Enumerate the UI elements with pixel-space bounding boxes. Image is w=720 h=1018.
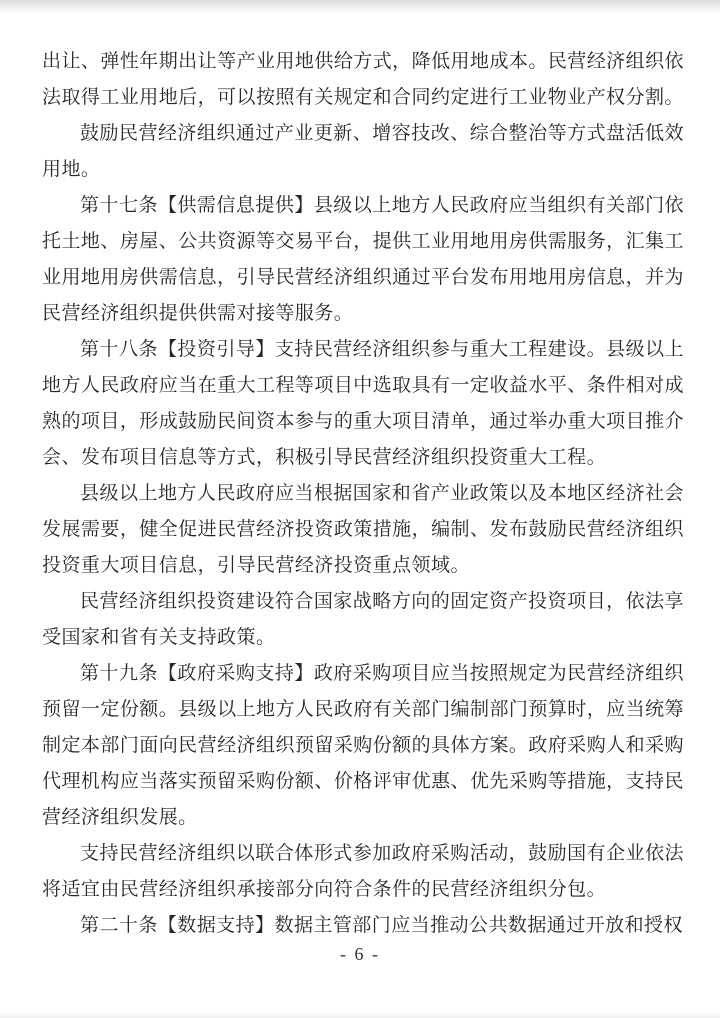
paragraph: 县级以上地方人民政府应当根据国家和省产业政策以及本地区经济社会发展需要，健全促进… <box>42 476 684 584</box>
paragraph: 出让、弹性年期出让等产业用地供给方式，降低用地成本。民营经济组织依法取得工业用地… <box>42 44 684 116</box>
paragraph: 支持民营经济组织以联合体形式参加政府采购活动，鼓励国有企业依法将适宜由民营经济组… <box>42 836 684 908</box>
paragraph: 第十七条【供需信息提供】县级以上地方人民政府应当组织有关部门依托土地、房屋、公共… <box>42 188 684 332</box>
page-footer: - 6 - <box>0 942 720 966</box>
paragraph: 第十九条【政府采购支持】政府采购项目应当按照规定为民营经济组织预留一定份额。县级… <box>42 656 684 836</box>
document-body: 出让、弹性年期出让等产业用地供给方式，降低用地成本。民营经济组织依法取得工业用地… <box>42 44 684 944</box>
document-page: 出让、弹性年期出让等产业用地供给方式，降低用地成本。民营经济组织依法取得工业用地… <box>0 0 720 1018</box>
paragraph: 第十八条【投资引导】支持民营经济组织参与重大工程建设。县级以上地方人民政府应当在… <box>42 332 684 476</box>
paragraph: 第二十条【数据支持】数据主管部门应当推动公共数据通过开放和授权 <box>42 908 684 944</box>
page-number: - 6 - <box>340 944 380 964</box>
paragraph: 民营经济组织投资建设符合国家战略方向的固定资产投资项目，依法享受国家和省有关支持… <box>42 584 684 656</box>
paragraph: 鼓励民营经济组织通过产业更新、增容技改、综合整治等方式盘活低效用地。 <box>42 116 684 188</box>
